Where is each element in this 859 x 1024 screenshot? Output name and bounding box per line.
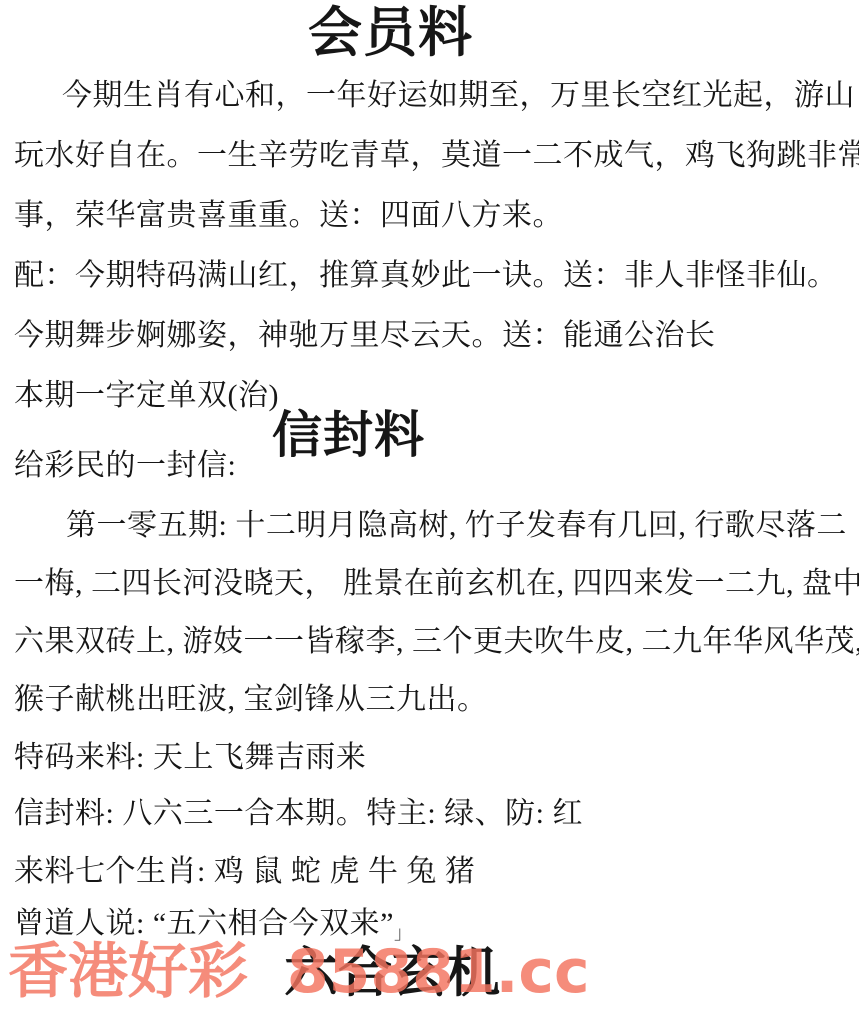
watermark-text: 香港好彩 85881.cc [8, 936, 590, 1008]
single-double-line: 本期一字定单双(治) [14, 378, 853, 414]
envelope-line: 信封料: 八六三一合本期。特主: 绿、防: 红 [14, 796, 853, 832]
member-paragraph-line-1: 今期生肖有心和，一年好运如期至，万里长空红光起，游山 [14, 78, 853, 114]
issue-line-3: 六果双砖上, 游妓一一皆稼李, 三个更夫吹牛皮, 二九年华风华茂, [14, 624, 853, 660]
dance-line: 今期舞步婀娜姿，神驰万里尽云天。送：能通公治长 [14, 318, 853, 354]
issue-line-1: 第一零五期: 十二明月隐高树, 竹子发春有几回, 行歌尽落二 [14, 508, 853, 544]
zodiac-line: 来料七个生肖: 鸡 鼠 蛇 虎 牛 兔 猪 [14, 854, 853, 890]
member-section-title: 会员料 [308, 6, 473, 60]
document-page: 会员料 今期生肖有心和，一年好运如期至，万里长空红光起，游山 玩水好自在。一生辛… [0, 0, 859, 1024]
special-code-line: 特码来料: 天上飞舞吉雨来 [14, 740, 853, 776]
member-paragraph-line-3: 事，荣华富贵喜重重。送：四面八方来。 [14, 198, 853, 234]
issue-line-4: 猴子献桃出旺波, 宝剑锋从三九出。 [14, 682, 853, 718]
issue-line-2: 一梅, 二四长河没晓天， 胜景在前玄机在, 四四来发一二九, 盘中 [14, 566, 853, 602]
envelope-intro-line: 给彩民的一封信: [14, 448, 853, 484]
member-paragraph-line-2: 玩水好自在。一生辛劳吃青草，莫道一二不成气，鸡飞狗跳非常 [14, 138, 853, 174]
pei-line: 配：今期特码满山红，推算真妙此一诀。送：非人非怪非仙。 [14, 258, 853, 294]
